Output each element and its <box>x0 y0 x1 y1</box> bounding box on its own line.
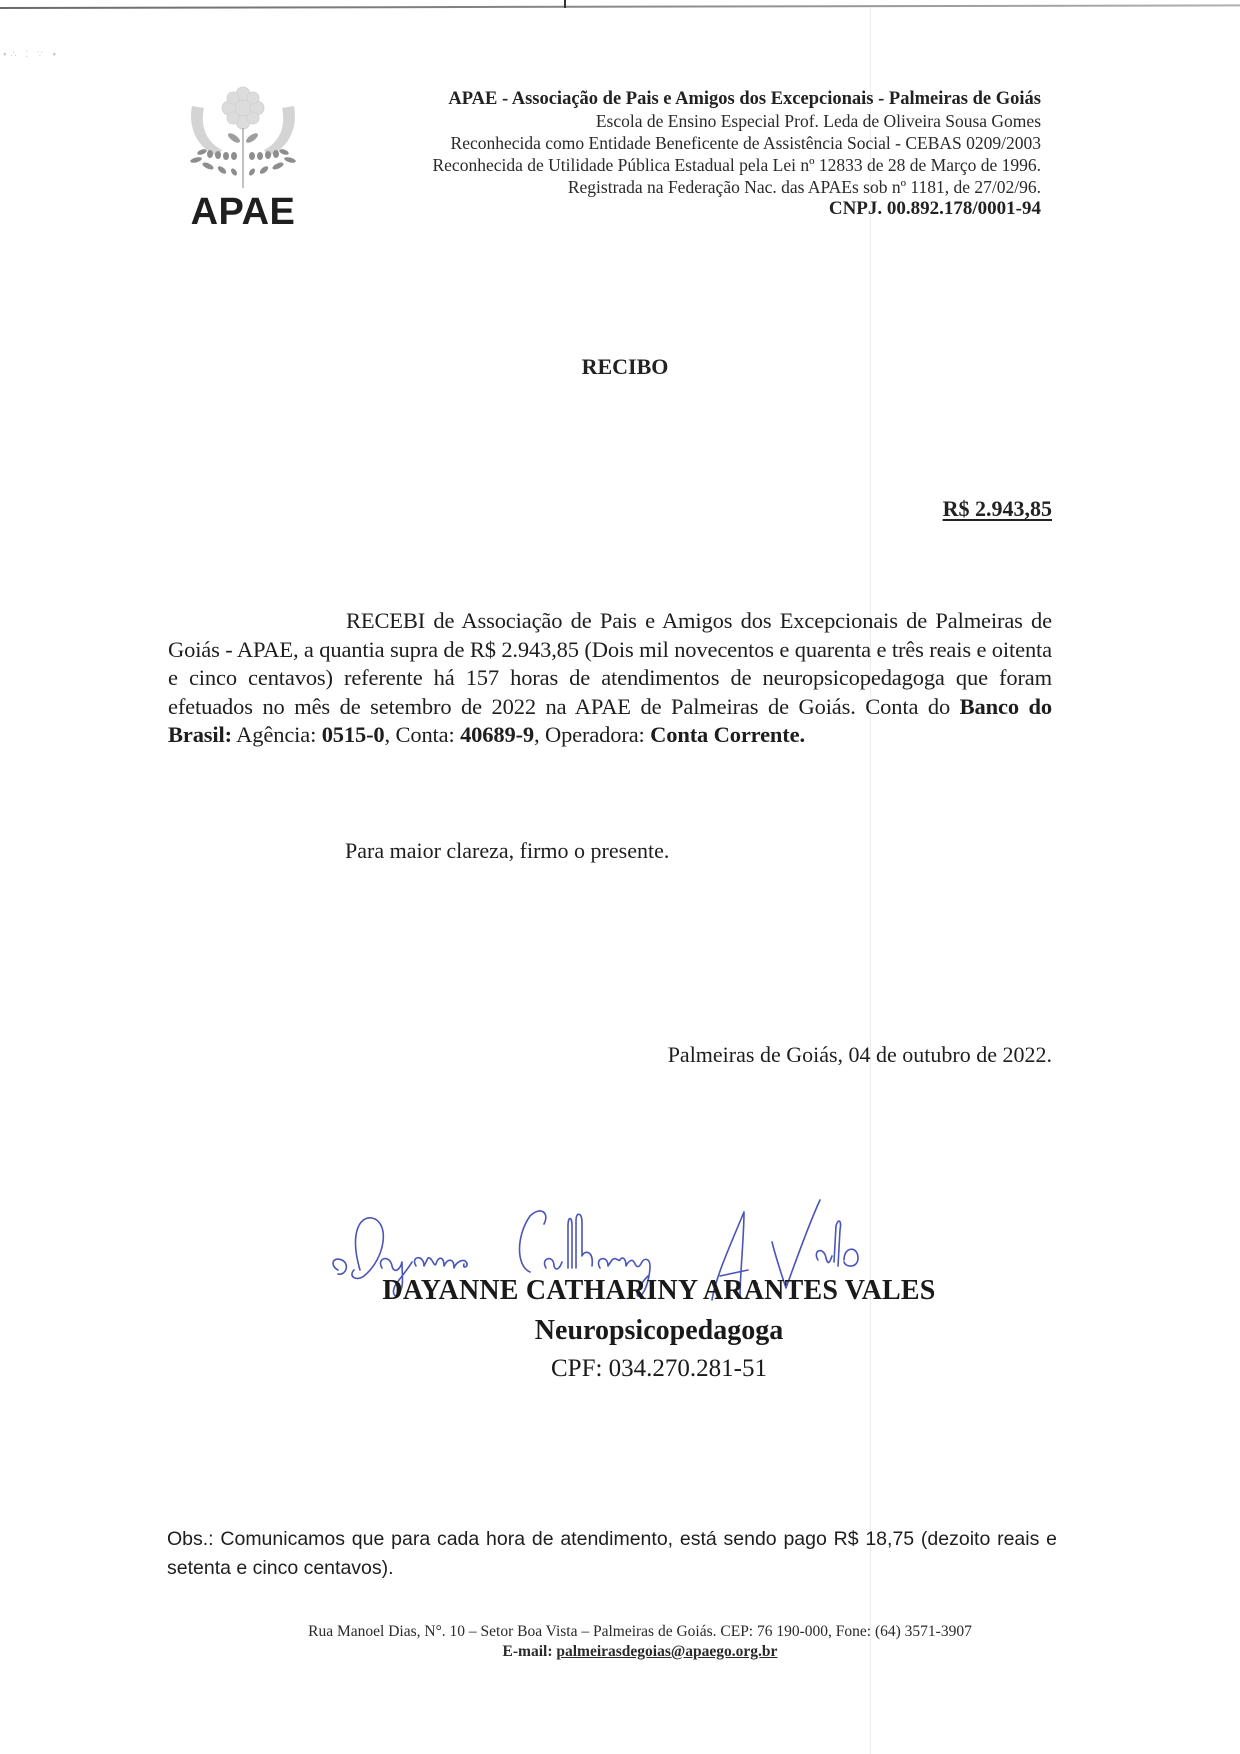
signer-cpf: CPF: 034.270.281-51 <box>0 1355 1240 1383</box>
letterhead-line-cebas: Reconhecida como Entidade Beneficente de… <box>432 132 1041 154</box>
cnpj: CNPJ. 00.892.178/0001-94 <box>432 198 1041 220</box>
letterhead: APAE - Associação de Pais e Amigos dos E… <box>432 88 1041 220</box>
letterhead-line-registration: Registrada na Federação Nac. das APAEs s… <box>432 176 1041 198</box>
document-title: RECIBO <box>0 354 1240 380</box>
apae-logo: APAE <box>182 86 304 232</box>
scan-mark <box>564 0 566 8</box>
bank-account: 40689-9 <box>460 722 534 747</box>
bank-agency: 0515-0 <box>322 722 385 747</box>
body-text-1: RECEBI de Associação de Pais e Amigos do… <box>168 608 1052 719</box>
flower-hands-icon <box>182 86 304 190</box>
receipt-amount: R$ 2.943,85 <box>943 496 1052 522</box>
scan-fold-line <box>870 8 871 1754</box>
footer: Rua Manoel Dias, N°. 10 – Setor Boa Vist… <box>0 1622 1240 1662</box>
body-text-3: , Conta: <box>385 722 461 747</box>
letterhead-line-school: Escola de Ensino Especial Prof. Leda de … <box>432 110 1041 132</box>
observation-note: Obs.: Comunicamos que para cada hora de … <box>167 1525 1057 1583</box>
body-text-4: , Operadora: <box>534 722 650 747</box>
body-text-2: Agência: <box>232 722 322 747</box>
footer-address: Rua Manoel Dias, N°. 10 – Setor Boa Vist… <box>40 1622 1240 1642</box>
logo-wordmark: APAE <box>182 192 304 232</box>
letterhead-line-public-utility: Reconhecida de Utilidade Pública Estadua… <box>432 154 1041 176</box>
email-label: E-mail: <box>503 1643 553 1660</box>
signer-role: Neuropsicopedagoga <box>0 1315 1240 1347</box>
email-link[interactable]: palmeirasdegoias@apaego.org.br <box>556 1643 777 1660</box>
signer-name: DAYANNE CATHARINY ARANTES VALES <box>0 1275 1240 1307</box>
organization-name: APAE - Associação de Pais e Amigos dos E… <box>432 88 1041 110</box>
scan-border-line <box>0 4 1240 9</box>
receipt-body: RECEBI de Associação de Pais e Amigos do… <box>168 607 1052 750</box>
footer-email-line: E-mail: palmeirasdegoias@apaego.org.br <box>40 1642 1240 1662</box>
account-type: Conta Corrente. <box>650 722 805 747</box>
scan-specks: ∙∴ ⁚ ∵ ∙ <box>2 50 102 80</box>
place-and-date: Palmeiras de Goiás, 04 de outubro de 202… <box>668 1042 1052 1068</box>
closing-statement: Para maior clareza, firmo o presente. <box>345 838 669 864</box>
